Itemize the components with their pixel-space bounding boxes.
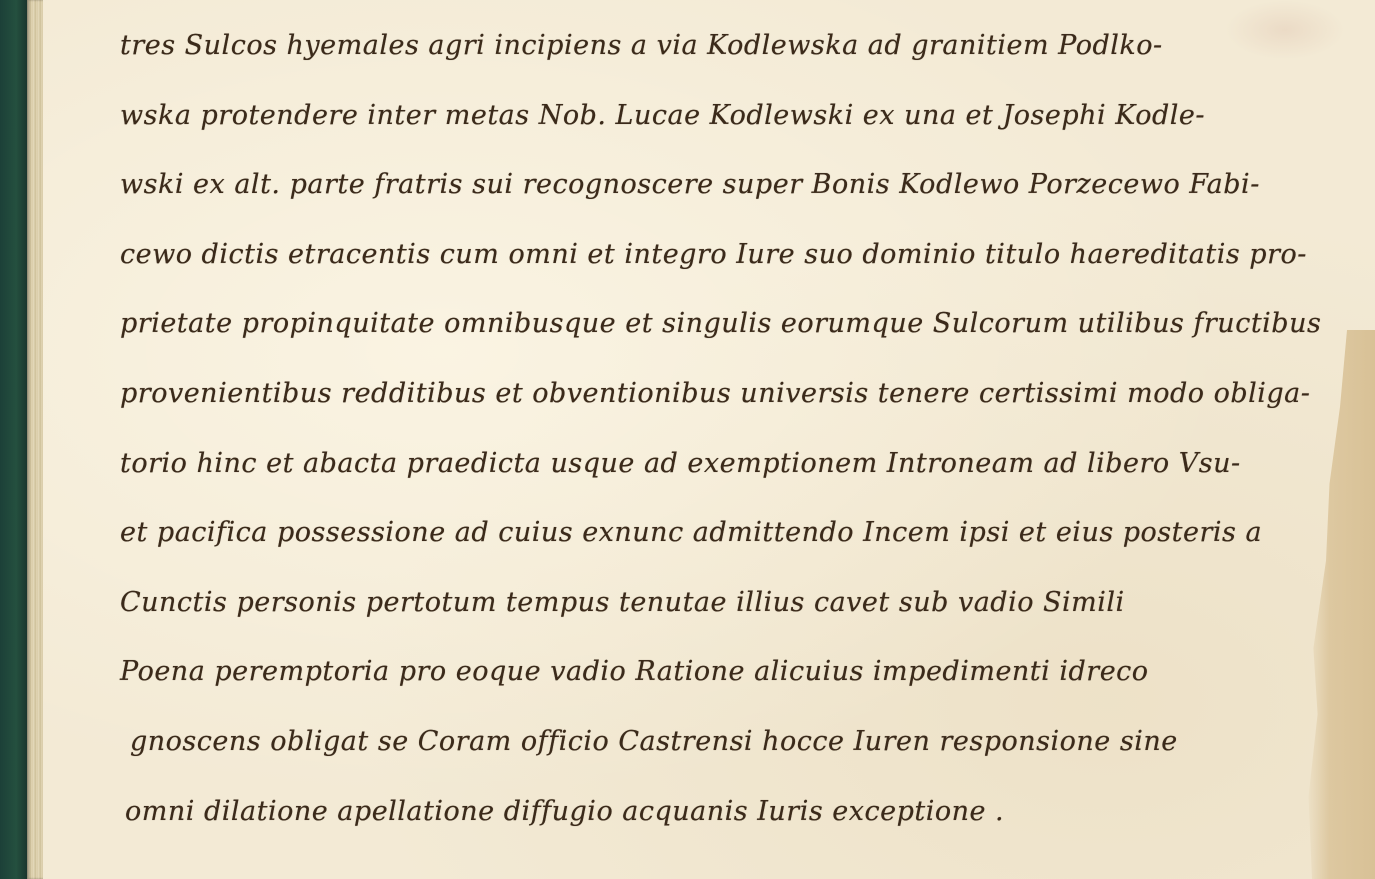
text-line: wska protendere inter metas Nob. Lucae K…	[120, 88, 1260, 158]
book-binding	[0, 0, 27, 879]
text-line: omni dilatione apellatione diffugio acqu…	[120, 784, 1260, 854]
page-edges	[27, 0, 43, 879]
handwritten-text: tres Sulcos hyemales agri incipiens a vi…	[120, 18, 1260, 853]
text-line: torio hinc et abacta praedicta usque ad …	[120, 436, 1260, 506]
text-line: prietate propinquitate omnibusque et sin…	[120, 296, 1260, 366]
text-line: tres Sulcos hyemales agri incipiens a vi…	[120, 18, 1260, 88]
paper-edge-stain	[1305, 330, 1375, 879]
text-line: wski ex alt. parte fratris sui recognosc…	[120, 157, 1260, 227]
text-line: provenientibus redditibus et obventionib…	[120, 366, 1260, 436]
text-line: Poena peremptoria pro eoque vadio Ration…	[120, 644, 1260, 714]
text-line: et pacifica possessione ad cuius exnunc …	[120, 505, 1260, 575]
text-line: gnoscens obligat se Coram officio Castre…	[120, 714, 1260, 784]
text-line: cewo dictis etracentis cum omni et integ…	[120, 227, 1260, 297]
manuscript-scan: tres Sulcos hyemales agri incipiens a vi…	[0, 0, 1375, 879]
text-line: Cunctis personis pertotum tempus tenutae…	[120, 575, 1260, 645]
